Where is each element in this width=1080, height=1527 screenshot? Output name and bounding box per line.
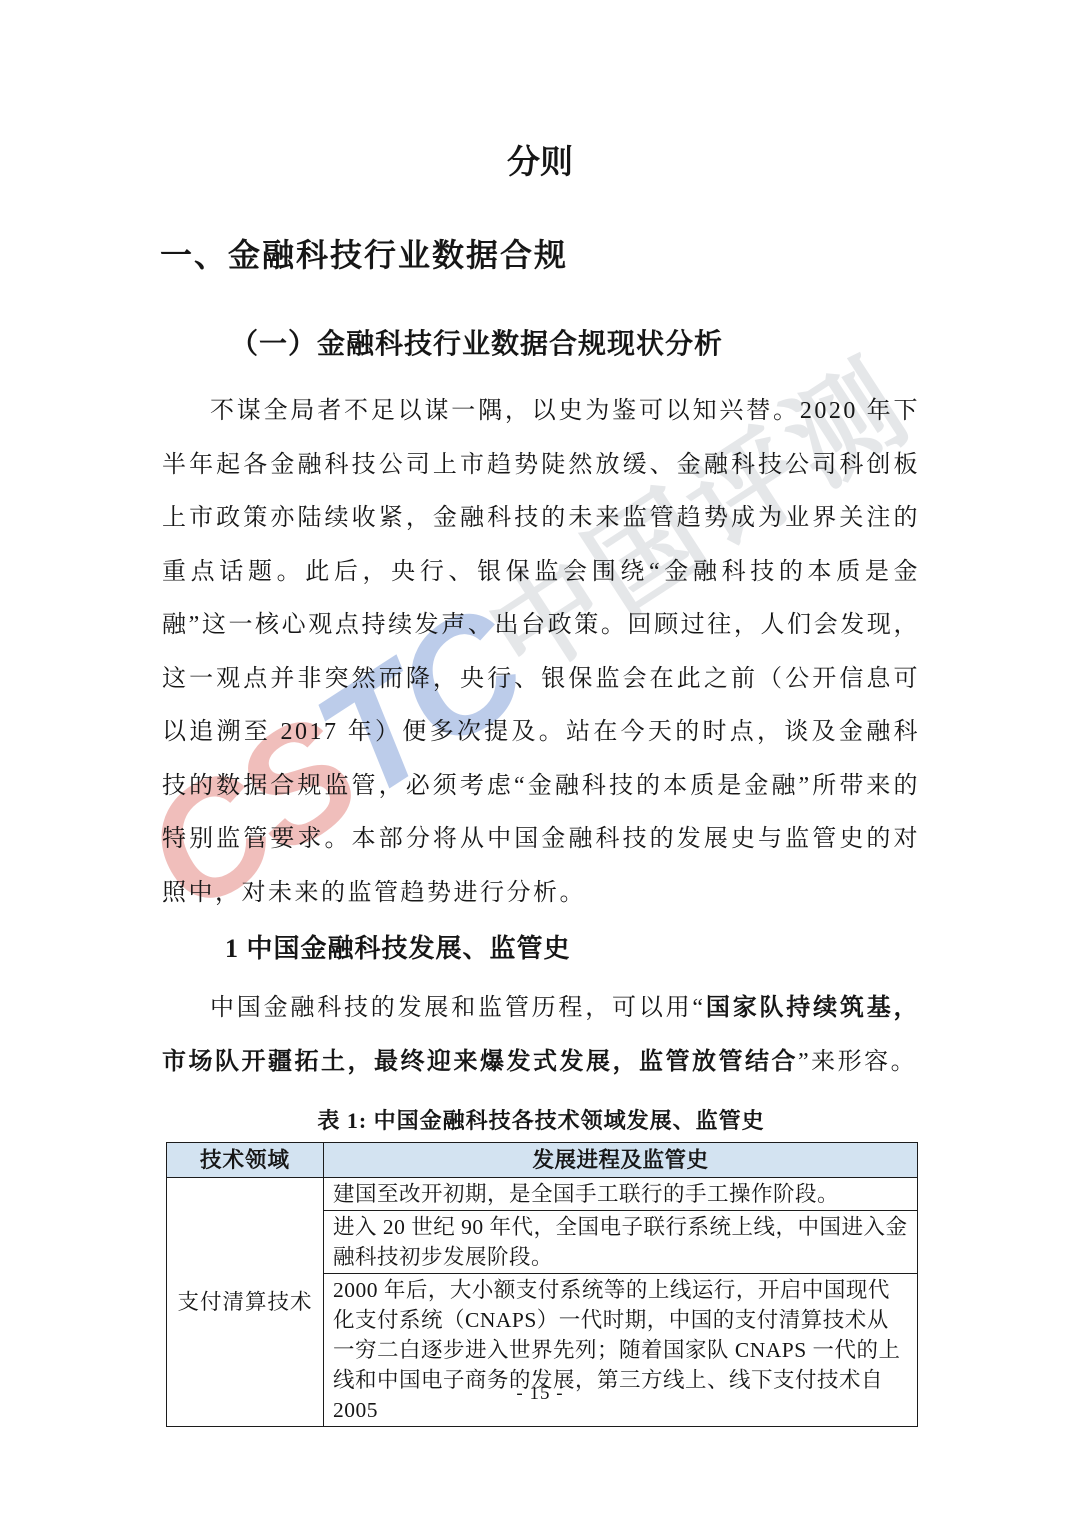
- paragraph-intro: 不谋全局者不足以谋一隅，以史为鉴可以知兴替。2020 年下半年起各金融科技公司上…: [162, 385, 920, 920]
- table-header-progress: 发展进程及监管史: [324, 1143, 918, 1178]
- table-row: 支付清算技术 建国至改开初期，是全国手工联行的手工操作阶段。: [167, 1178, 918, 1211]
- table-cell-stage-1: 建国至改开初期，是全国手工联行的手工操作阶段。: [324, 1178, 918, 1211]
- heading-history: 1 中国金融科技发展、监管史: [225, 928, 571, 965]
- paragraph-summary-pre: 中国金融科技的发展和监管历程，可以用“: [210, 995, 706, 1021]
- page-number: - 15 -: [0, 1383, 1080, 1405]
- document-title: 分则: [0, 136, 1080, 183]
- table-header-row: 技术领域 发展进程及监管史: [167, 1143, 918, 1178]
- paragraph-summary-post: ”来形容。: [798, 1049, 917, 1075]
- paragraph-summary: 中国金融科技的发展和监管历程，可以用“国家队持续筑基，市场队开疆拓土，最终迎来爆…: [162, 982, 920, 1089]
- table-header-tech-domain: 技术领域: [167, 1143, 324, 1178]
- heading-section-1: 一、金融科技行业数据合规: [160, 230, 568, 276]
- table-cell-stage-2: 进入 20 世纪 90 年代，全国电子联行系统上线，中国进入金融科技初步发展阶段…: [324, 1211, 918, 1274]
- heading-subsection-1-1: （一）金融科技行业数据合规现状分析: [230, 322, 723, 362]
- table-caption: 表 1: 中国金融科技各技术领域发展、监管史: [162, 1104, 920, 1135]
